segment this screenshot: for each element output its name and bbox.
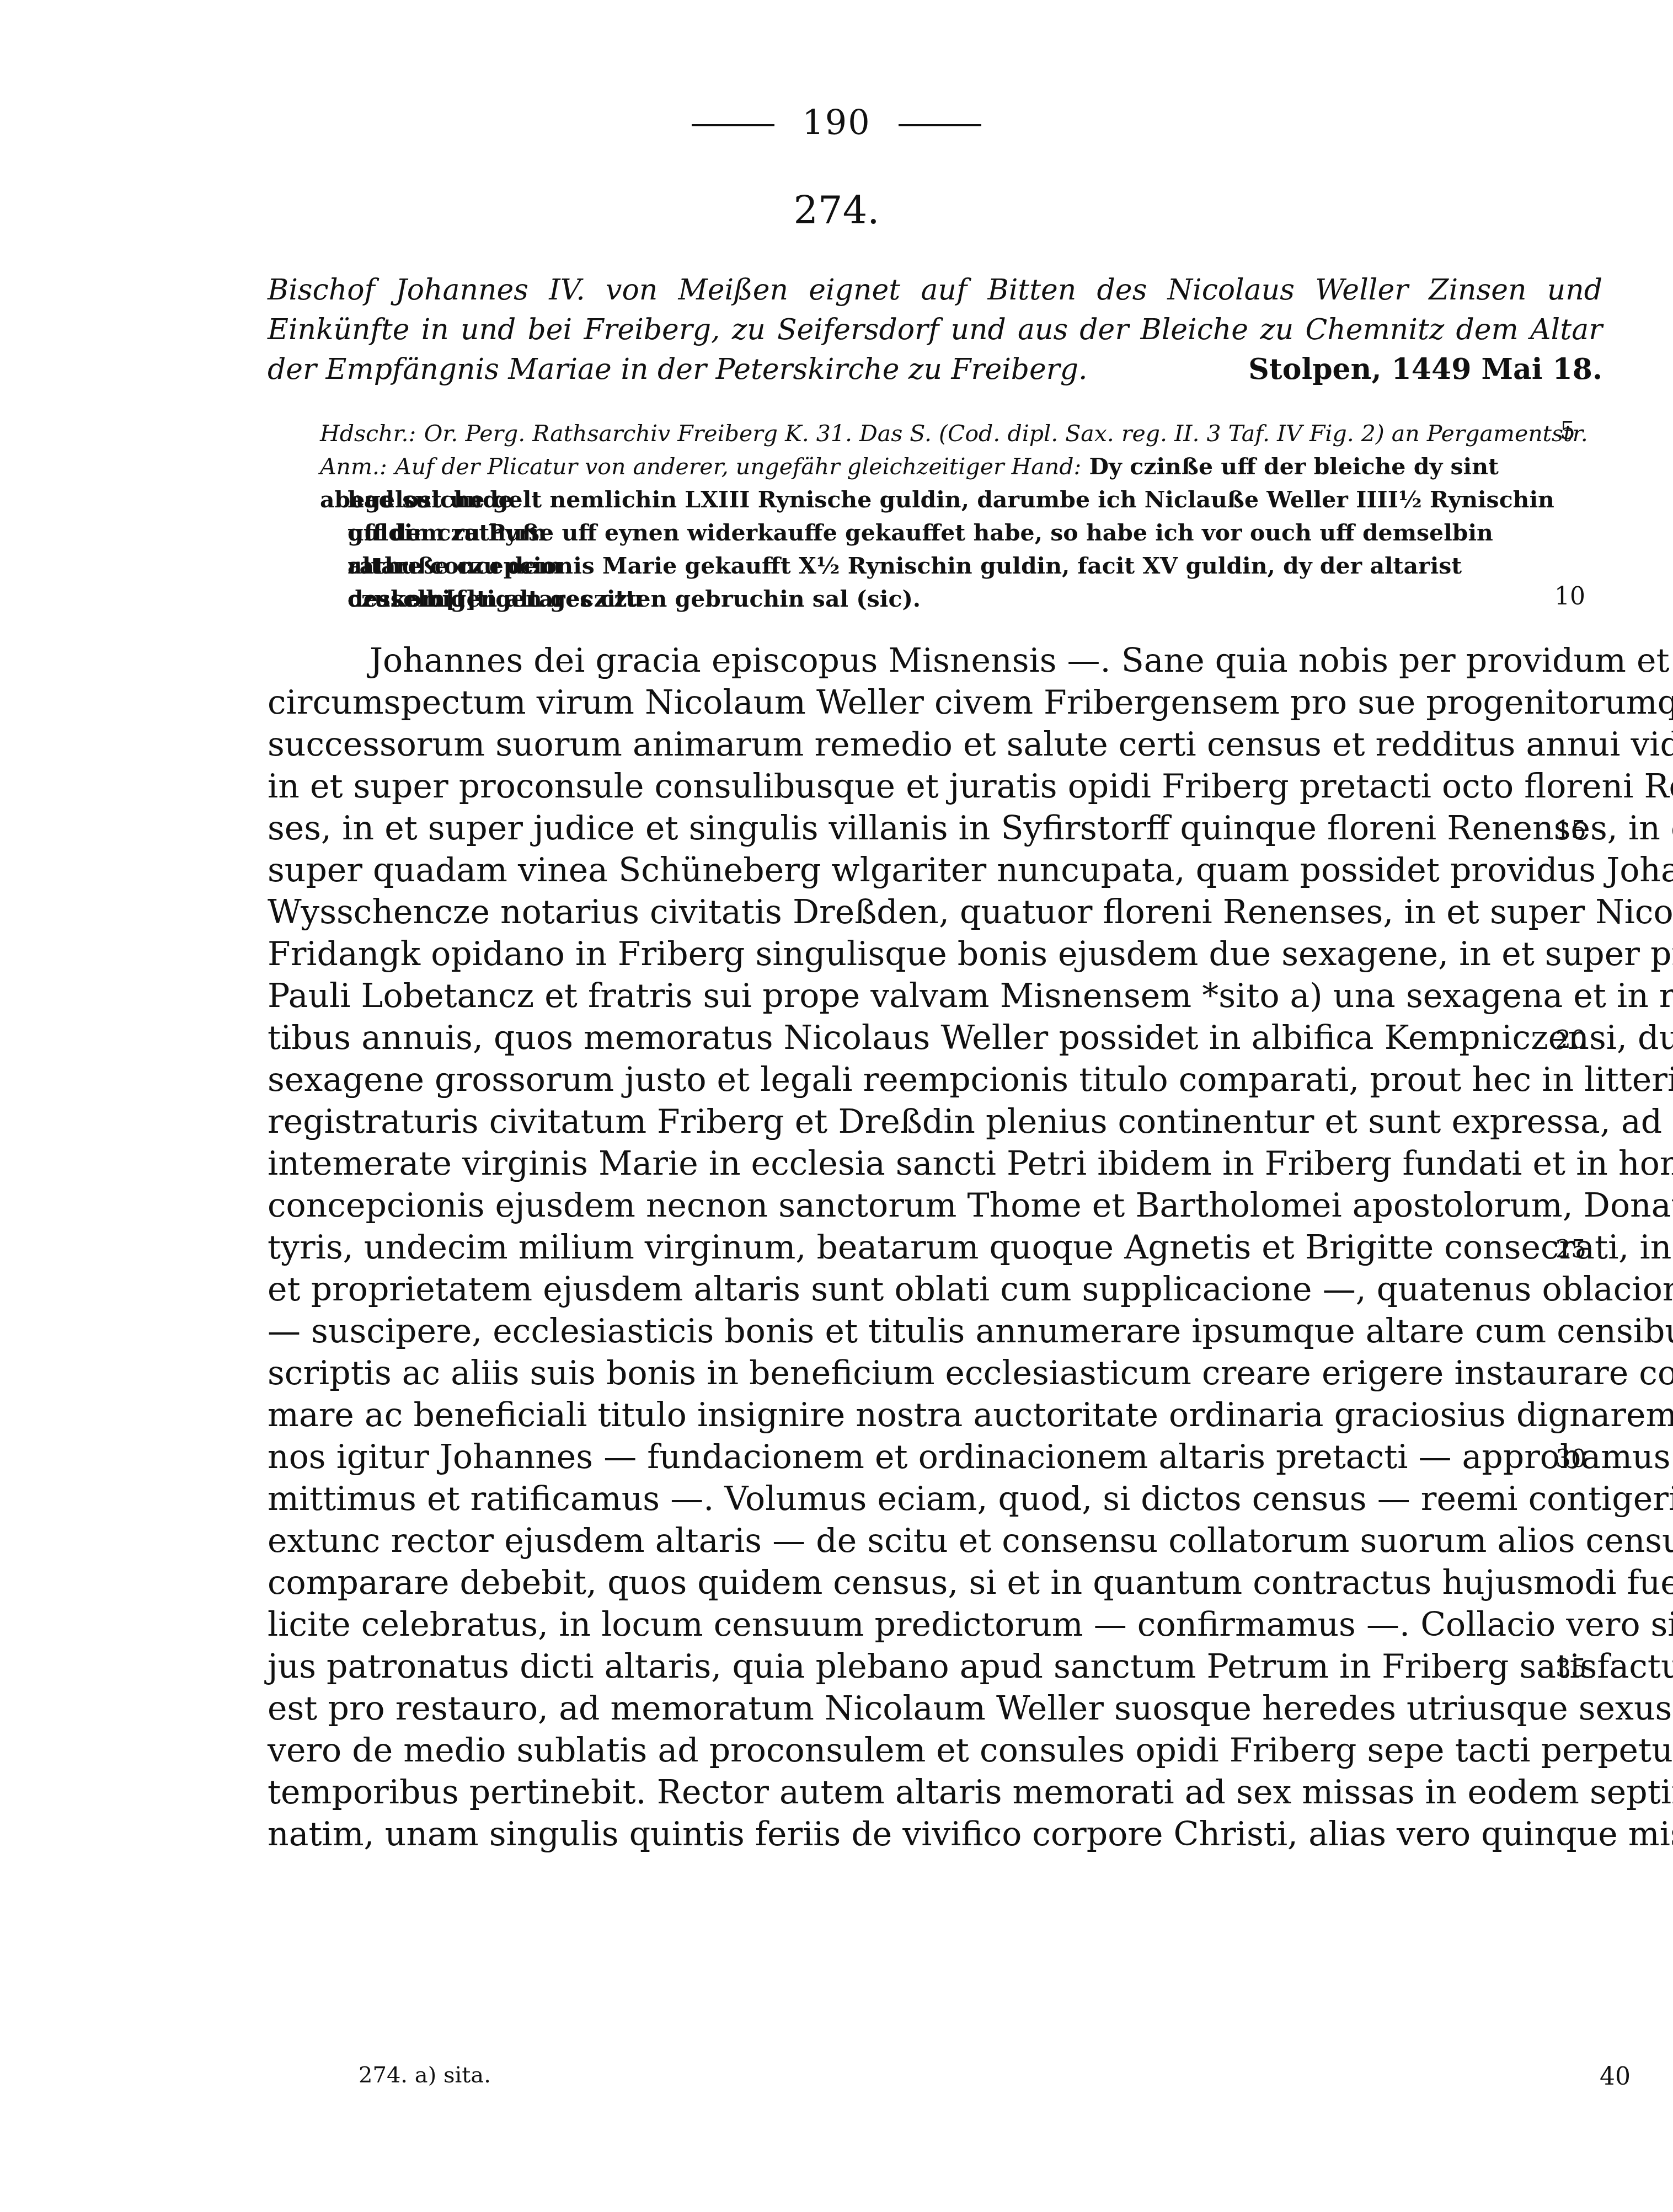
body-line: Wysschencze notarius civitatis Dreßden, … (268, 891, 1602, 933)
footnote: 274. a) sita. (359, 2063, 491, 2088)
anm-label: Anm.: (320, 453, 387, 480)
document-number: 274. (0, 188, 1673, 233)
body-line: Pauli Lobetancz et fratris sui prope val… (268, 975, 1602, 1017)
body-line: ses, in et super judice et singulis vill… (268, 807, 1602, 849)
body-line: jus patronatus dicti altaris, quia pleba… (268, 1646, 1602, 1688)
body-line: tibus annuis, quos memoratus Nicolaus We… (268, 1017, 1602, 1059)
body-line: comparare debebit, quos quidem census, s… (268, 1562, 1602, 1604)
body-line: extunc rector ejusdem altaris — de scitu… (268, 1520, 1602, 1562)
body-line: sexagene grossorum justo et legali reemp… (268, 1059, 1602, 1101)
body-line: et proprietatem ejusdem altaris sunt obl… (268, 1268, 1602, 1310)
body-line: scriptis ac aliis suis bonis in benefici… (268, 1352, 1602, 1394)
line-number: 25 (1556, 1235, 1586, 1263)
body-line: concepcionis ejusdem necnon sanctorum Th… (268, 1185, 1602, 1226)
body-line: in et super proconsule consulibusque et … (268, 765, 1602, 807)
body-line: successorum suorum animarum remedio et s… (268, 724, 1602, 765)
body-line: est pro restauro, ad memoratum Nicolaum … (268, 1688, 1602, 1729)
body-line: mare ac beneficiali titulo insignire nos… (268, 1394, 1602, 1436)
regest: Bischof Johannes IV. von Meißen eignet a… (268, 270, 1602, 389)
body-line: registraturis civitatum Friberg et Dreßd… (268, 1101, 1602, 1143)
anm-line: czukom[f]tigen geczitten gebruchin sal (… (348, 582, 1602, 615)
apparatus-manuscript: Hdschr.: Or. Perg. Rathsarchiv Freiberg … (320, 417, 1602, 450)
page-header: 190 (0, 102, 1673, 142)
line-number: 5 (1560, 417, 1575, 445)
line-number: 10 (1554, 582, 1585, 610)
body-line: natim, unam singulis quintis feriis de v… (268, 1813, 1602, 1855)
body-line: super quadam vinea Schüneberg wlgariter … (268, 849, 1602, 891)
body-line: licite celebratus, in locum censuum pred… (268, 1604, 1602, 1646)
body-line: Fridangk opidano in Friberg singulisque … (268, 933, 1602, 975)
body-line: temporibus pertinebit. Rector autem alta… (268, 1771, 1602, 1813)
line-number: 15 (1556, 816, 1586, 844)
line-number: 35 (1556, 1654, 1586, 1683)
place-date: Stolpen, 1449 Mai 18. (1248, 350, 1602, 389)
line-number: 30 (1556, 1445, 1586, 1473)
document-body: Johannes dei gracia episcopus Misnensis … (268, 640, 1602, 1855)
page-number: 190 (802, 102, 870, 142)
body-line: Johannes dei gracia episcopus Misnensis … (268, 640, 1602, 682)
anm-intro: Auf der Plicatur von anderer, ungefähr g… (395, 453, 1081, 480)
line-number: 40 (1600, 2063, 1631, 2091)
hdschr-text: Or. Perg. Rathsarchiv Freiberg K. 31. Da… (424, 420, 1588, 447)
line-number: 20 (1556, 1026, 1586, 1054)
header-rule-right (899, 124, 981, 126)
header-rule-left (692, 124, 774, 126)
body-line: circumspectum virum Nicolaum Weller cive… (268, 682, 1602, 724)
body-line: — suscipere, ecclesiasticis bonis et tit… (268, 1310, 1602, 1352)
body-line: tyris, undecim milium virginum, beatarum… (268, 1226, 1602, 1268)
body-line: nos igitur Johannes — fundacionem et ord… (268, 1436, 1602, 1478)
body-line: vero de medio sublatis ad proconsulem et… (268, 1729, 1602, 1771)
body-line: intemerate virginis Marie in ecclesia sa… (268, 1143, 1602, 1185)
hdschr-label: Hdschr.: (320, 420, 416, 447)
body-line: mittimus et ratificamus —. Volumus eciam… (268, 1478, 1602, 1520)
